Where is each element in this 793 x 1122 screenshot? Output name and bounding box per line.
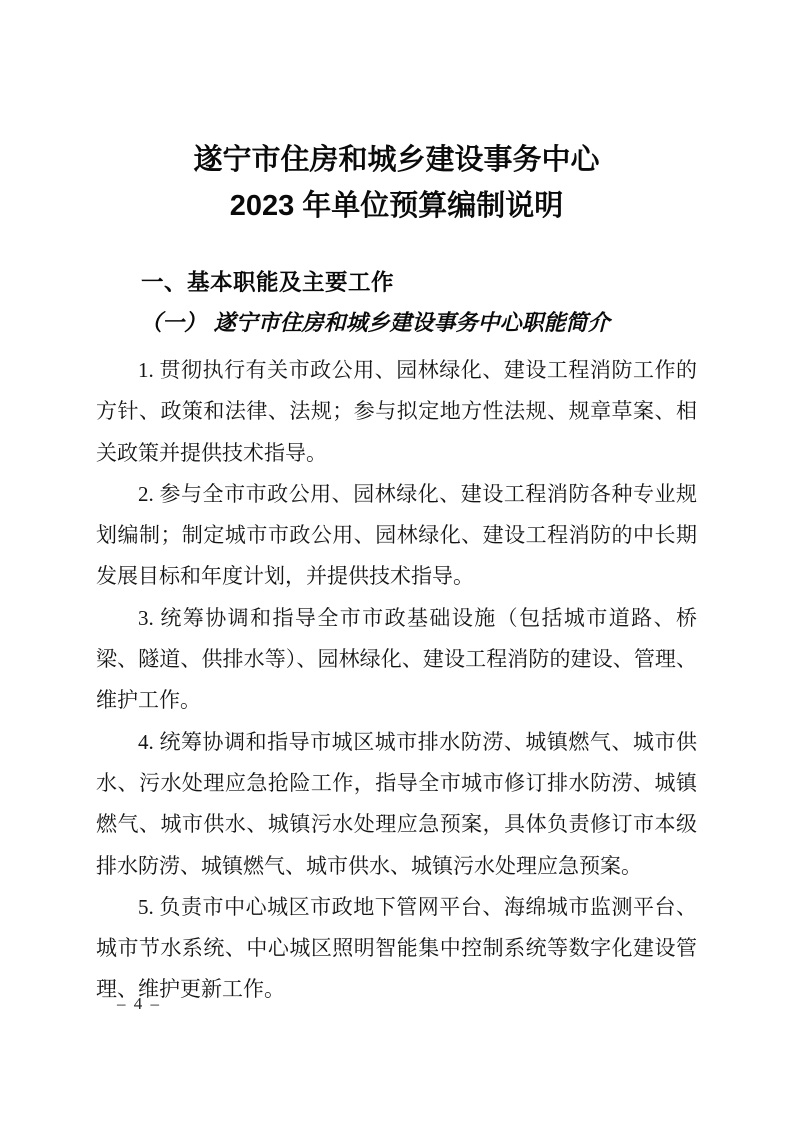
paragraph: 5. 负责市中心城区市政地下管网平台、海绵城市监测平台、城市节水系统、中心城区照…: [96, 887, 697, 1011]
document-body: 一、基本职能及主要工作 （一） 遂宁市住房和城乡建设事务中心职能简介 1. 贯彻…: [96, 263, 697, 1011]
paragraph: 2. 参与全市市政公用、园林绿化、建设工程消防各种专业规划编制；制定城市市政公用…: [96, 474, 697, 598]
title-line-2: 2023 年单位预算编制说明: [0, 183, 793, 229]
section-heading: 一、基本职能及主要工作: [96, 263, 697, 303]
page-number: – 4 –: [117, 994, 161, 1014]
document-page: 遂宁市住房和城乡建设事务中心 2023 年单位预算编制说明 一、基本职能及主要工…: [0, 0, 793, 1122]
document-title: 遂宁市住房和城乡建设事务中心 2023 年单位预算编制说明: [0, 0, 793, 229]
paragraph: 4. 统筹协调和指导市城区城市排水防涝、城镇燃气、城市供水、污水处理应急抢险工作…: [96, 722, 697, 887]
title-line-1: 遂宁市住房和城乡建设事务中心: [0, 137, 793, 183]
body-paragraphs: 1. 贯彻执行有关市政公用、园林绿化、建设工程消防工作的方针、政策和法律、法规；…: [96, 350, 697, 1011]
paragraph: 1. 贯彻执行有关市政公用、园林绿化、建设工程消防工作的方针、政策和法律、法规；…: [96, 350, 697, 474]
subsection-heading: （一） 遂宁市住房和城乡建设事务中心职能简介: [96, 303, 697, 343]
paragraph: 3. 统筹协调和指导全市市政基础设施（包括城市道路、桥梁、隧道、供排水等）、园林…: [96, 598, 697, 722]
